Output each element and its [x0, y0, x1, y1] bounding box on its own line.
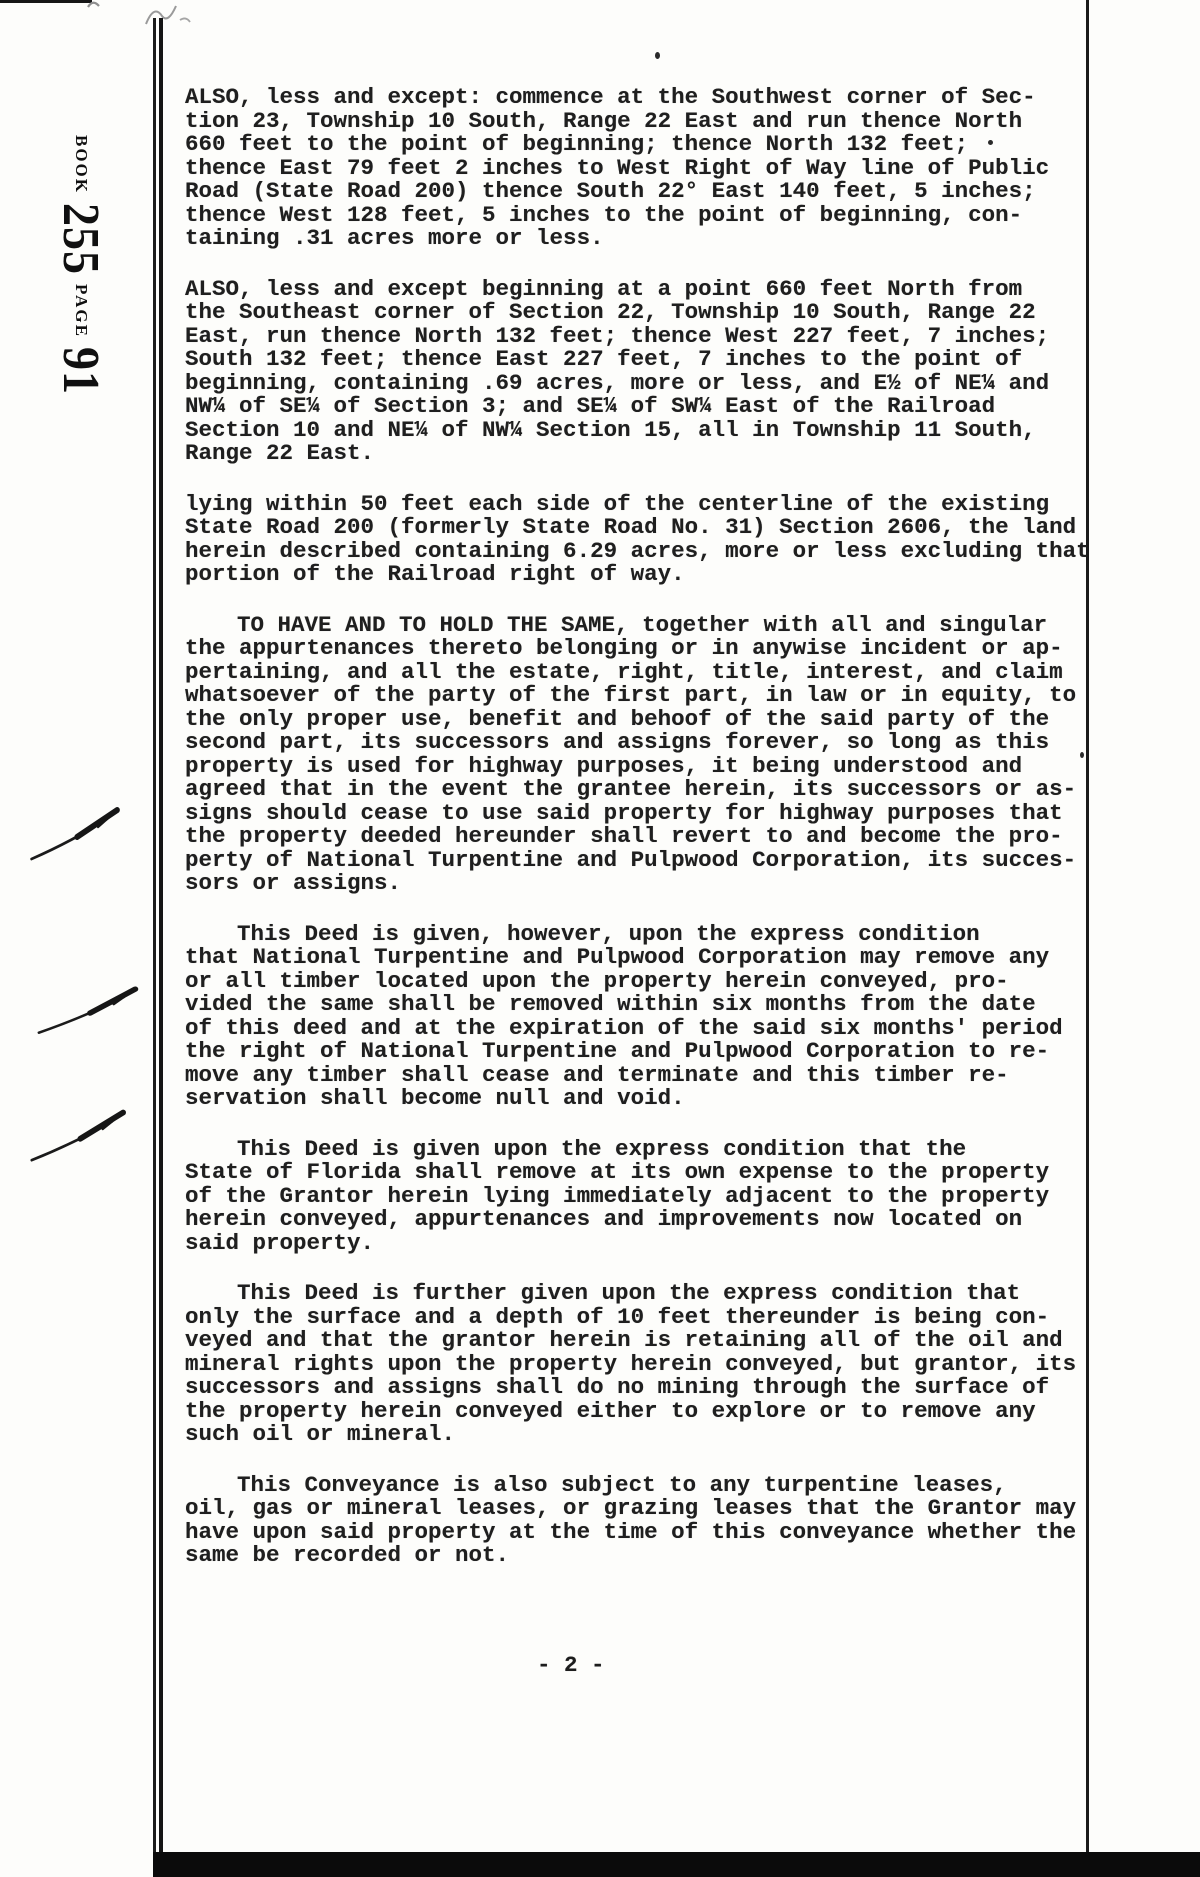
- text-line: herein described containing 6.29 acres, …: [185, 540, 1145, 564]
- book-label: BOOK: [73, 135, 92, 194]
- left-margin-rule-outer: [153, 18, 156, 1877]
- text-line: the property deeded hereunder shall reve…: [185, 825, 1145, 849]
- text-line: the right of National Turpentine and Pul…: [185, 1040, 1145, 1064]
- deed-text-block: ALSO, less and except: commence at the S…: [185, 86, 1145, 1595]
- text-line: vided the same shall be removed within s…: [185, 993, 1145, 1017]
- text-line: mineral rights upon the property herein …: [185, 1353, 1145, 1377]
- text-line: oil, gas or mineral leases, or grazing l…: [185, 1497, 1145, 1521]
- text-line: Section 10 and NE¼ of NW¼ Section 15, al…: [185, 419, 1145, 443]
- pencil-scribble-icon: [80, 0, 210, 32]
- text-line: property is used for highway purposes, i…: [185, 755, 1145, 779]
- text-line: that National Turpentine and Pulpwood Co…: [185, 946, 1145, 970]
- page-label: PAGE: [73, 284, 92, 338]
- text-line: the Southeast corner of Section 22, Town…: [185, 301, 1145, 325]
- scan-edge-line: [0, 0, 92, 3]
- paragraph: This Deed is given, however, upon the ex…: [185, 923, 1145, 1111]
- text-line: same be recorded or not.: [185, 1544, 1145, 1568]
- paragraph: This Conveyance is also subject to any t…: [185, 1474, 1145, 1568]
- footer-page-number: - 2 -: [537, 1652, 605, 1678]
- text-line: portion of the Railroad right of way.: [185, 563, 1145, 587]
- paragraph: TO HAVE AND TO HOLD THE SAME, together w…: [185, 614, 1145, 896]
- text-line: move any timber shall cease and terminat…: [185, 1064, 1145, 1088]
- text-line: signs should cease to use said property …: [185, 802, 1145, 826]
- page-number-stamp: 91: [52, 347, 111, 395]
- text-line: tion 23, Township 10 South, Range 22 Eas…: [185, 110, 1145, 134]
- text-line: whatsoever of the party of the first par…: [185, 684, 1145, 708]
- book-number: 255: [52, 203, 111, 275]
- text-line: South 132 feet; thence East 227 feet, 7 …: [185, 348, 1145, 372]
- text-line: veyed and that the grantor herein is ret…: [185, 1329, 1145, 1353]
- text-line: perty of National Turpentine and Pulpwoo…: [185, 849, 1145, 873]
- text-line: the property herein conveyed either to e…: [185, 1400, 1145, 1424]
- text-line: such oil or mineral.: [185, 1423, 1145, 1447]
- bottom-scan-bar: [153, 1852, 1200, 1877]
- text-line: 660 feet to the point of beginning; then…: [185, 133, 1145, 157]
- paragraph: ALSO, less and except: commence at the S…: [185, 86, 1145, 251]
- scanned-deed-page: BOOK255PAGE91 ALSO, less and except: com…: [0, 0, 1200, 1877]
- text-line: NW¼ of SE¼ of Section 3; and SE¼ of SW¼ …: [185, 395, 1145, 419]
- text-line: taining .31 acres more or less.: [185, 227, 1145, 251]
- text-line: lying within 50 feet each side of the ce…: [185, 493, 1145, 517]
- text-line: herein conveyed, appurtenances and impro…: [185, 1208, 1145, 1232]
- text-line: second part, its successors and assigns …: [185, 731, 1145, 755]
- text-line: of the Grantor herein lying immediately …: [185, 1185, 1145, 1209]
- text-line: or all timber located upon the property …: [185, 970, 1145, 994]
- text-line: ALSO, less and except beginning at a poi…: [185, 278, 1145, 302]
- paragraph: ALSO, less and except beginning at a poi…: [185, 278, 1145, 466]
- pen-arrow-icon: [28, 793, 133, 865]
- text-line: the only proper use, benefit and behoof …: [185, 708, 1145, 732]
- paragraph: lying within 50 feet each side of the ce…: [185, 493, 1145, 587]
- text-line: agreed that in the event the grantee her…: [185, 778, 1145, 802]
- ink-speck: [655, 52, 660, 59]
- text-line: ALSO, less and except: commence at the S…: [185, 86, 1145, 110]
- text-line: Road (State Road 200) thence South 22° E…: [185, 180, 1145, 204]
- text-line: of this deed and at the expiration of th…: [185, 1017, 1145, 1041]
- text-line: the appurtenances thereto belonging or i…: [185, 637, 1145, 661]
- paragraph: This Deed is further given upon the expr…: [185, 1282, 1145, 1447]
- left-margin-rule-inner: [159, 18, 163, 1877]
- text-line: thence West 128 feet, 5 inches to the po…: [185, 204, 1145, 228]
- text-line: pertaining, and all the estate, right, t…: [185, 661, 1145, 685]
- book-page-stamp: BOOK255PAGE91: [55, 126, 108, 395]
- text-line: said property.: [185, 1232, 1145, 1256]
- text-line: This Deed is further given upon the expr…: [185, 1282, 1145, 1306]
- text-line: successors and assigns shall do no minin…: [185, 1376, 1145, 1400]
- text-line: Range 22 East.: [185, 442, 1145, 466]
- text-line: State Road 200 (formerly State Road No. …: [185, 516, 1145, 540]
- text-line: This Deed is given upon the express cond…: [185, 1138, 1145, 1162]
- text-line: This Deed is given, however, upon the ex…: [185, 923, 1145, 947]
- pen-arrow-icon: [28, 1096, 140, 1166]
- pen-arrow-icon: [35, 974, 153, 1038]
- paragraph: This Deed is given upon the express cond…: [185, 1138, 1145, 1256]
- text-line: only the surface and a depth of 10 feet …: [185, 1306, 1145, 1330]
- text-line: servation shall become null and void.: [185, 1087, 1145, 1111]
- text-line: State of Florida shall remove at its own…: [185, 1161, 1145, 1185]
- text-line: This Conveyance is also subject to any t…: [185, 1474, 1145, 1498]
- text-line: thence East 79 feet 2 inches to West Rig…: [185, 157, 1145, 181]
- text-line: beginning, containing .69 acres, more or…: [185, 372, 1145, 396]
- text-line: sors or assigns.: [185, 872, 1145, 896]
- text-line: TO HAVE AND TO HOLD THE SAME, together w…: [185, 614, 1145, 638]
- text-line: have upon said property at the time of t…: [185, 1521, 1145, 1545]
- text-line: East, run thence North 132 feet; thence …: [185, 325, 1145, 349]
